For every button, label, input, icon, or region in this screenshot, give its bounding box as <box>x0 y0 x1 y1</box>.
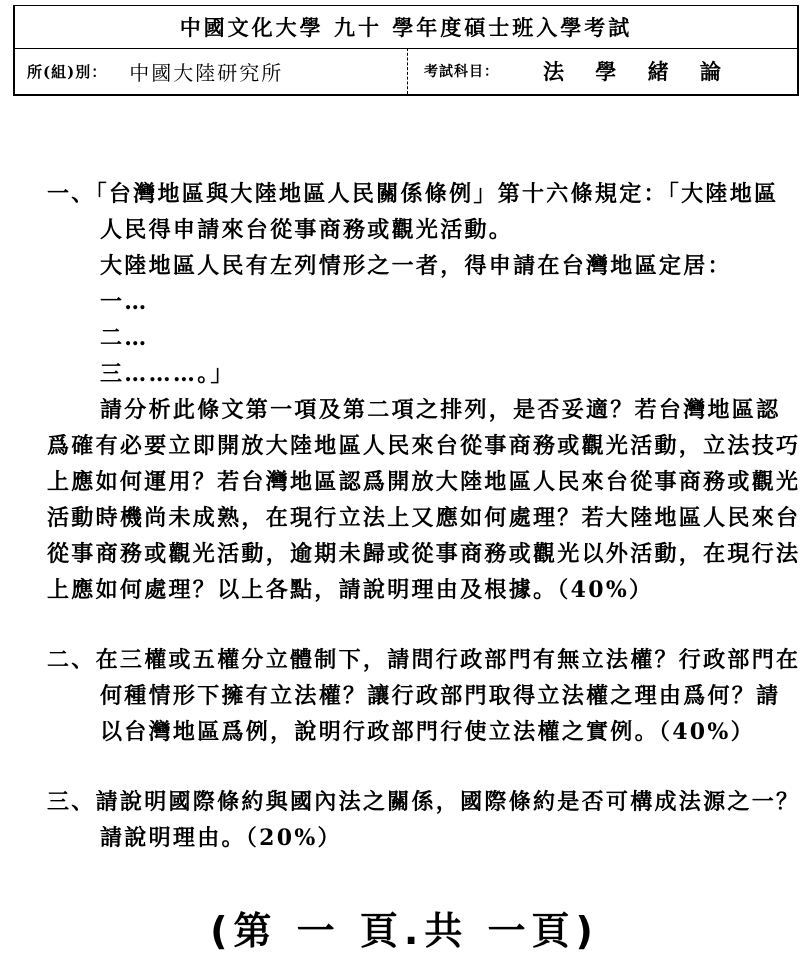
page-indicator: (第 一 頁.共 一頁) <box>0 900 809 955</box>
question-1: 一、「台灣地區與大陸地區人民關係條例」第十六條規定：「大陸地區 人民得申請來台從… <box>47 176 792 608</box>
question-line: 上應如何運用？若台灣地區認爲開放大陸地區人民來台從事商務或觀光 <box>47 464 792 500</box>
question-line: 從事商務或觀光活動，逾期未歸或從事商務或觀光以外活動，在現行法 <box>47 536 792 572</box>
question-line: 三………。」 <box>47 356 792 392</box>
question-line: 以台灣地區爲例，說明行政部門行使立法權之實例。（40%） <box>47 714 792 750</box>
question-line: 上應如何處理？以上各點，請說明理由及根據。（40%） <box>47 572 792 608</box>
question-line: 爲確有必要立即開放大陸地區人民來台從事商務或觀光活動，立法技巧 <box>47 428 792 464</box>
question-line: 請說明理由。（20%） <box>47 820 792 856</box>
department-cell: 所(組)別： 中國大陸研究所 <box>15 48 408 94</box>
spacer <box>47 608 792 642</box>
subject-cell: 考試科目： 法 學 緒 論 <box>408 48 797 94</box>
subject-label: 考試科目： <box>424 61 499 81</box>
question-line: 一、「台灣地區與大陸地區人民關係條例」第十六條規定：「大陸地區 <box>47 176 792 212</box>
exam-questions: 一、「台灣地區與大陸地區人民關係條例」第十六條規定：「大陸地區 人民得申請來台從… <box>47 176 792 856</box>
department-value: 中國大陸研究所 <box>129 57 283 86</box>
question-2: 二、在三權或五權分立體制下，請問行政部門有無立法權？行政部門在 何種情形下擁有立… <box>47 642 792 750</box>
question-3: 三、請說明國際條約與國內法之關係，國際條約是否可構成法源之一？ 請說明理由。（2… <box>47 784 792 856</box>
question-line: 二… <box>47 320 792 356</box>
question-line: 請分析此條文第一項及第二項之排列，是否妥適？若台灣地區認 <box>47 392 792 428</box>
question-line: 一… <box>47 284 792 320</box>
question-line: 何種情形下擁有立法權？讓行政部門取得立法權之理由爲何？請 <box>47 678 792 714</box>
question-line: 活動時機尚未成熟，在現行立法上又應如何處理？若大陸地區人民來台 <box>47 500 792 536</box>
spacer <box>47 750 792 784</box>
question-line: 二、在三權或五權分立體制下，請問行政部門有無立法權？行政部門在 <box>47 642 792 678</box>
question-line: 大陸地區人民有左列情形之一者，得申請在台灣地區定居： <box>47 248 792 284</box>
question-line: 三、請說明國際條約與國內法之關係，國際條約是否可構成法源之一？ <box>47 784 792 820</box>
department-label: 所(組)別： <box>27 61 107 82</box>
question-line: 人民得申請來台從事商務或觀光活動。 <box>47 212 792 248</box>
exam-header-box: 中國文化大學 九十 學年度碩士班入學考試 所(組)別： 中國大陸研究所 考試科目… <box>13 5 799 96</box>
exam-title: 中國文化大學 九十 學年度碩士班入學考試 <box>15 6 797 49</box>
exam-info-row: 所(組)別： 中國大陸研究所 考試科目： 法 學 緒 論 <box>15 48 797 94</box>
subject-value: 法 學 緒 論 <box>543 56 733 86</box>
